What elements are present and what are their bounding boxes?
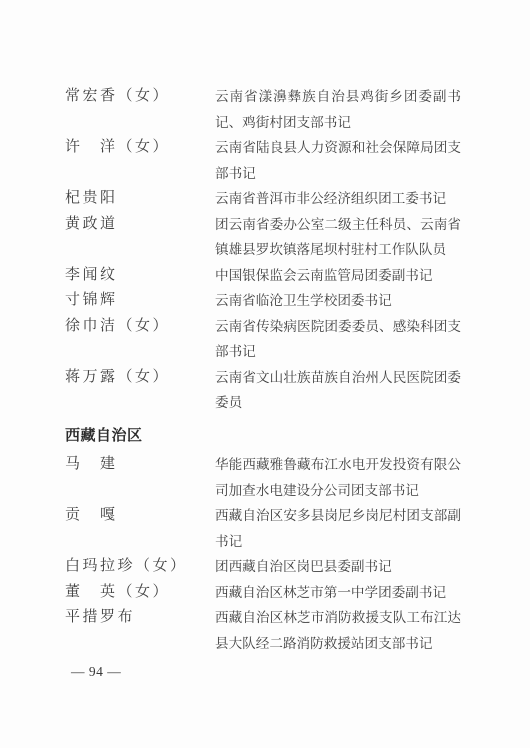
list-item: 寸锦辉 云南省临沧卫生学校团委书记 <box>65 288 465 314</box>
list-item: 董 英（女） 西藏自治区林芝市第一中学团委副书记 <box>65 580 465 606</box>
person-name: 杞贵阳 <box>65 186 215 212</box>
person-title: 云南省临沧卫生学校团委书记 <box>215 288 461 314</box>
person-title: 团西藏自治区岗巴县委副书记 <box>215 554 461 580</box>
list-item: 杞贵阳 云南省普洱市非公经济组织团工委书记 <box>65 186 465 212</box>
person-name: 徐巾洁（女） <box>65 314 215 340</box>
roster-list: 常宏香（女） 云南省漾濞彝族自治县鸡街乡团委副书记、鸡街村团支部书记 许 洋（女… <box>65 84 465 656</box>
list-item: 黄政道 团云南省委办公室二级主任科员、云南省镇雄县罗坎镇落尾坝村驻村工作队队员 <box>65 212 465 263</box>
list-item: 许 洋（女） 云南省陆良县人力资源和社会保障局团支部书记 <box>65 135 465 186</box>
person-name: 白玛拉珍（女） <box>65 554 215 580</box>
list-item: 平措罗布 西藏自治区林芝市消防救援支队工布江达县大队经二路消防救援站团支部书记 <box>65 605 465 656</box>
person-title: 中国银保监会云南监管局团委副书记 <box>215 263 461 289</box>
person-name: 马 建 <box>65 452 215 478</box>
person-name: 许 洋（女） <box>65 135 215 161</box>
person-name: 常宏香（女） <box>65 84 215 110</box>
person-title: 西藏自治区林芝市消防救援支队工布江达县大队经二路消防救援站团支部书记 <box>215 605 461 656</box>
document-page: 常宏香（女） 云南省漾濞彝族自治县鸡街乡团委副书记、鸡街村团支部书记 许 洋（女… <box>0 0 530 748</box>
list-item: 徐巾洁（女） 云南省传染病医院团委委员、感染科团支部书记 <box>65 314 465 365</box>
list-item: 马 建 华能西藏雅鲁藏布江水电开发投资有限公司加查水电建设分公司团支部书记 <box>65 452 465 503</box>
person-name: 李闻纹 <box>65 263 215 289</box>
page-number: — 94 — <box>71 664 121 680</box>
person-title: 云南省普洱市非公经济组织团工委书记 <box>215 186 461 212</box>
person-name: 平措罗布 <box>65 605 215 631</box>
person-name: 寸锦辉 <box>65 288 215 314</box>
person-title: 云南省文山壮族苗族自治州人民医院团委委员 <box>215 365 461 416</box>
person-title: 西藏自治区安多县岗尼乡岗尼村团支部副书记 <box>215 503 461 554</box>
list-item: 常宏香（女） 云南省漾濞彝族自治县鸡街乡团委副书记、鸡街村团支部书记 <box>65 84 465 135</box>
person-name: 黄政道 <box>65 212 215 238</box>
person-title: 华能西藏雅鲁藏布江水电开发投资有限公司加查水电建设分公司团支部书记 <box>215 452 461 503</box>
person-title: 云南省传染病医院团委委员、感染科团支部书记 <box>215 314 461 365</box>
list-item: 李闻纹 中国银保监会云南监管局团委副书记 <box>65 263 465 289</box>
person-name: 董 英（女） <box>65 580 215 606</box>
person-name: 贡 嘎 <box>65 503 215 529</box>
section-header-tibet: 西藏自治区 <box>65 423 465 449</box>
person-name: 蒋万露（女） <box>65 365 215 391</box>
person-title: 云南省陆良县人力资源和社会保障局团支部书记 <box>215 135 461 186</box>
person-title: 云南省漾濞彝族自治县鸡街乡团委副书记、鸡街村团支部书记 <box>215 84 461 135</box>
list-item: 贡 嘎 西藏自治区安多县岗尼乡岗尼村团支部副书记 <box>65 503 465 554</box>
person-title: 西藏自治区林芝市第一中学团委副书记 <box>215 580 461 606</box>
list-item: 白玛拉珍（女） 团西藏自治区岗巴县委副书记 <box>65 554 465 580</box>
list-item: 蒋万露（女） 云南省文山壮族苗族自治州人民医院团委委员 <box>65 365 465 416</box>
person-title: 团云南省委办公室二级主任科员、云南省镇雄县罗坎镇落尾坝村驻村工作队队员 <box>215 212 461 263</box>
